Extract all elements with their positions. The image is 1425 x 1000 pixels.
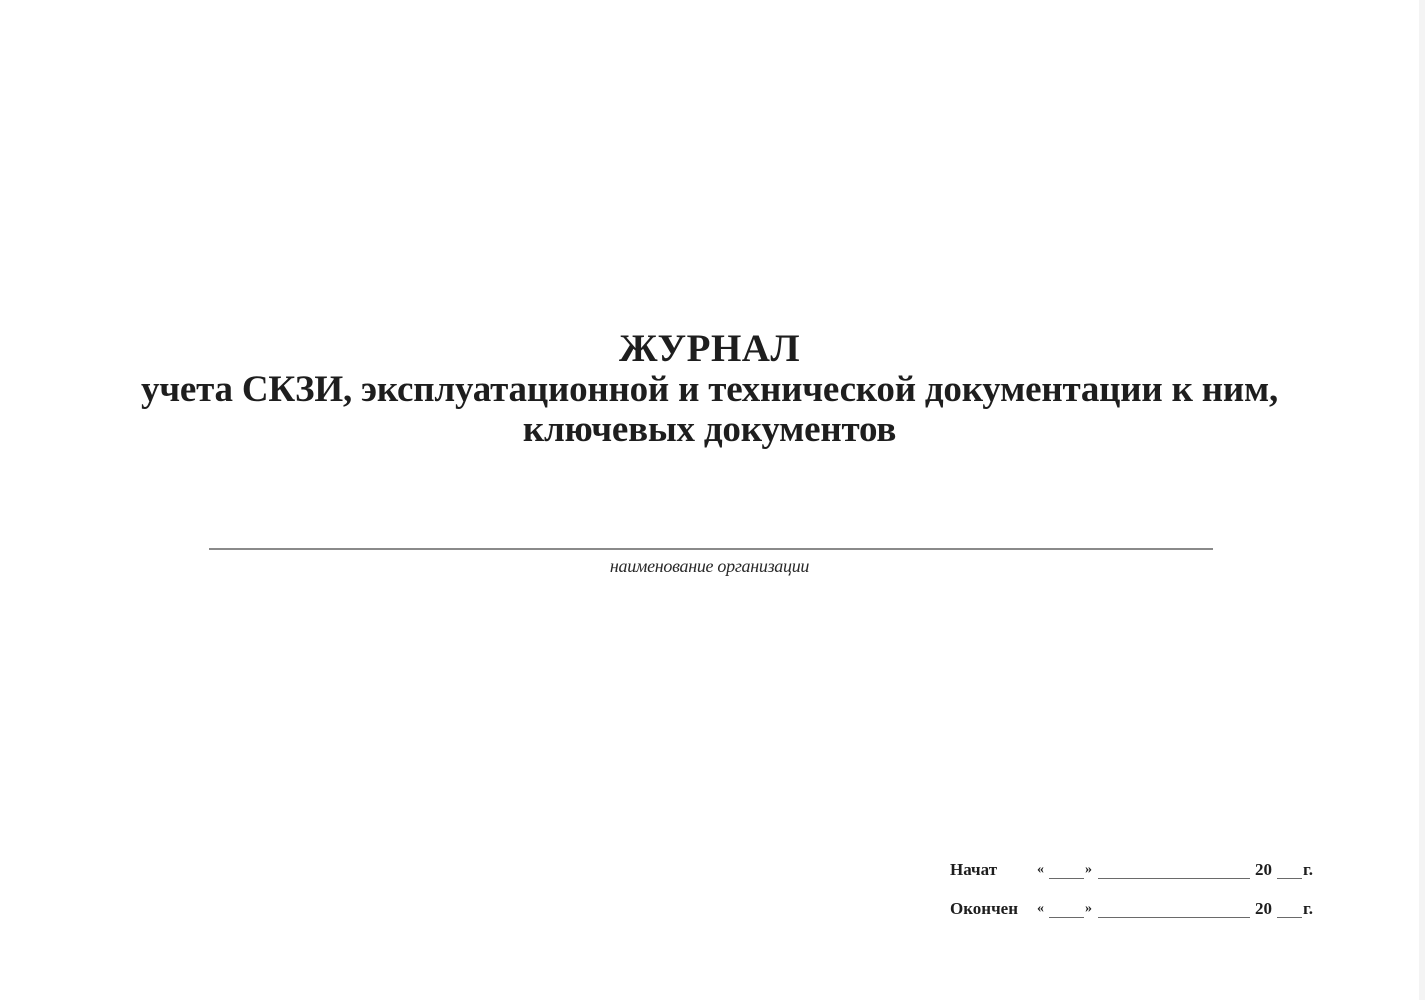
quote-close: » xyxy=(1085,897,1092,921)
started-year-prefix: 20 xyxy=(1255,858,1272,882)
started-year-blank xyxy=(1277,860,1302,879)
started-day-blank xyxy=(1049,860,1084,879)
organization-name-line xyxy=(209,548,1213,550)
quote-open: « xyxy=(1037,858,1044,882)
document-subtitle-line-2: ключевых документов xyxy=(0,410,1419,450)
document-subtitle-line-1: учета СКЗИ, эксплуатационной и техническ… xyxy=(0,370,1419,410)
started-month-blank xyxy=(1098,860,1250,879)
finished-year-suffix: г. xyxy=(1303,897,1313,921)
finished-label: Окончен xyxy=(950,897,1018,921)
date-row-started: Начат « » 20 г. xyxy=(950,858,1370,897)
date-row-finished: Окончен « » 20 г. xyxy=(950,897,1370,936)
finished-month-blank xyxy=(1098,899,1250,918)
organization-caption: наименование организации xyxy=(0,556,1419,577)
quote-open: « xyxy=(1037,897,1044,921)
document-page: ЖУРНАЛ учета СКЗИ, эксплуатационной и те… xyxy=(0,0,1419,1000)
finished-year-prefix: 20 xyxy=(1255,897,1272,921)
title-block: ЖУРНАЛ учета СКЗИ, эксплуатационной и те… xyxy=(0,328,1419,450)
started-label: Начат xyxy=(950,858,997,882)
quote-close: » xyxy=(1085,858,1092,882)
document-title: ЖУРНАЛ xyxy=(0,328,1419,370)
finished-day-blank xyxy=(1049,899,1084,918)
started-year-suffix: г. xyxy=(1303,858,1313,882)
finished-year-blank xyxy=(1277,899,1302,918)
page-edge xyxy=(1419,0,1425,1000)
dates-block: Начат « » 20 г. Окончен « » 20 г. xyxy=(950,858,1370,936)
